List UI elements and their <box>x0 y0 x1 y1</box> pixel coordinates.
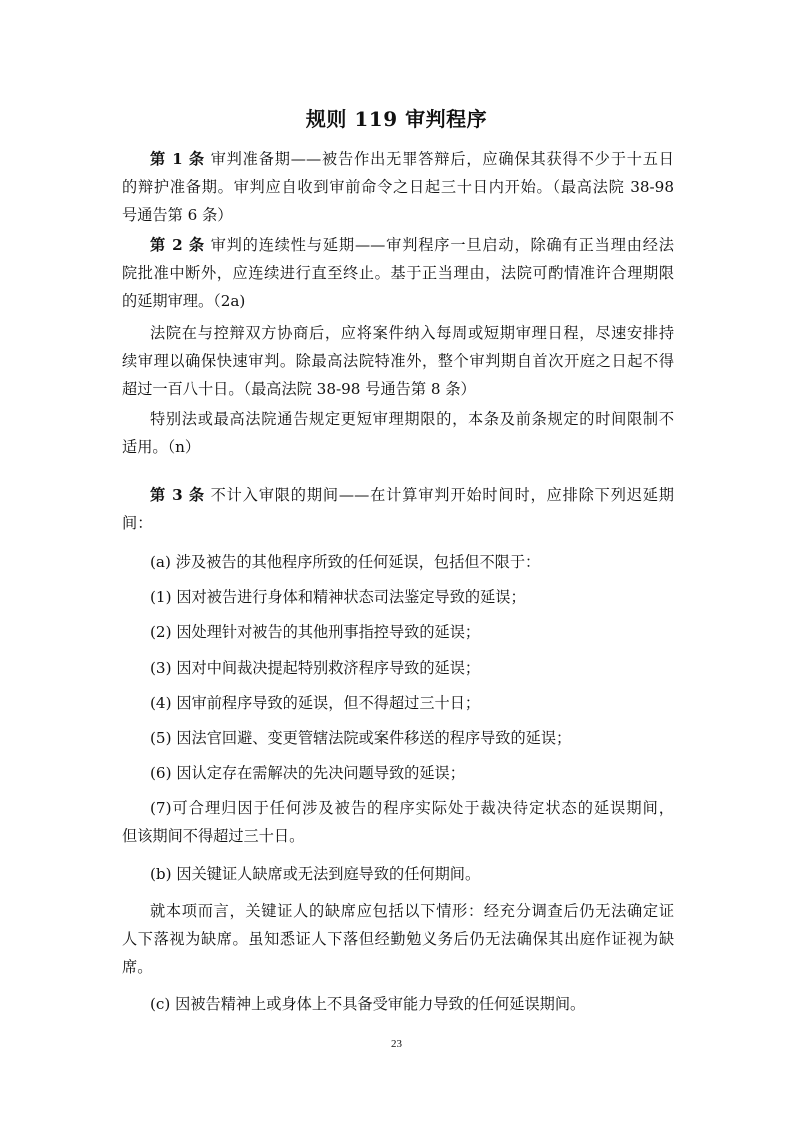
paragraph-line: 特别法或最高法院通告规定更短审理期限的，本条及前条规定的时间限制不 <box>150 409 674 429</box>
article-label: 第 3 条 <box>150 486 205 504</box>
paragraph-line: 法院在与控辩双方协商后，应将案件纳入每周或短期审理日程，尽速安排持 <box>150 323 674 343</box>
paragraph-line: 但该期间不得超过三十日。 <box>122 826 674 846</box>
page-title: 规则 119 审判程序 <box>0 103 793 132</box>
paragraph-line: 院批准中断外，应连续进行直至终止。基于正当理由，法院可酌情准许合理期限 <box>122 263 674 283</box>
list-item-4: (4) 因审前程序导致的延误，但不得超过三十日； <box>150 693 674 713</box>
list-item-7: (7)可合理归因于任何涉及被告的程序实际处于裁决待定状态的延误期间， <box>150 798 674 818</box>
paragraph-line: 的辩护准备期。审判应自收到审前命令之日起三十日内开始。（最高法院 38-98 <box>122 177 674 197</box>
paragraph-line: 号通告第 6 条） <box>122 205 674 225</box>
article-2-line: 第 2 条 审判的连续性与延期——审判程序一旦启动，除确有正当理由经法 <box>150 235 674 255</box>
list-item-3: (3) 因对中间裁决提起特别救济程序导致的延误； <box>150 658 674 678</box>
paragraph-line: 超过一百八十日。（最高法院 38-98 号通告第 8 条） <box>122 379 674 399</box>
page-number: 23 <box>0 1038 793 1050</box>
list-item-b: (b) 因关键证人缺席或无法到庭导致的任何期间。 <box>150 864 674 884</box>
paragraph-line: 续审理以确保快速审判。除最高法院特准外，整个审判期自首次开庭之日起不得 <box>122 351 674 371</box>
article-3-line: 第 3 条 不计入审限的期间——在计算审判开始时间时，应排除下列迟延期 <box>150 485 674 505</box>
list-item-1: (1) 因对被告进行身体和精神状态司法鉴定导致的延误； <box>150 587 674 607</box>
paragraph-line: 席。 <box>122 957 674 977</box>
paragraph-line: 人下落视为缺席。虽知悉证人下落但经勤勉义务后仍无法确保其出庭作证视为缺 <box>122 929 674 949</box>
article-1-line: 第 1 条 审判准备期——被告作出无罪答辩后，应确保其获得不少于十五日 <box>150 149 674 169</box>
list-item-5: (5) 因法官回避、变更管辖法院或案件移送的程序导致的延误； <box>150 728 674 748</box>
paragraph-line: 的延期审理。（2a) <box>122 291 674 311</box>
paragraph-line: 就本项而言，关键证人的缺席应包括以下情形：经充分调查后仍无法确定证 <box>150 901 674 921</box>
paragraph-line: 适用。（n） <box>122 437 674 457</box>
list-item-c: (c) 因被告精神上或身体上不具备受审能力导致的任何延误期间。 <box>150 994 674 1014</box>
list-item-6: (6) 因认定存在需解决的先决问题导致的延误； <box>150 763 674 783</box>
document-page: 规则 119 审判程序 第 1 条 审判准备期——被告作出无罪答辩后，应确保其获… <box>0 0 793 1122</box>
list-item-a: (a) 涉及被告的其他程序所致的任何延误，包括但不限于： <box>150 552 674 572</box>
article-label: 第 2 条 <box>150 236 205 254</box>
paragraph-line: 间： <box>122 513 674 533</box>
article-label: 第 1 条 <box>150 150 205 168</box>
list-item-2: (2) 因处理针对被告的其他刑事指控导致的延误； <box>150 622 674 642</box>
